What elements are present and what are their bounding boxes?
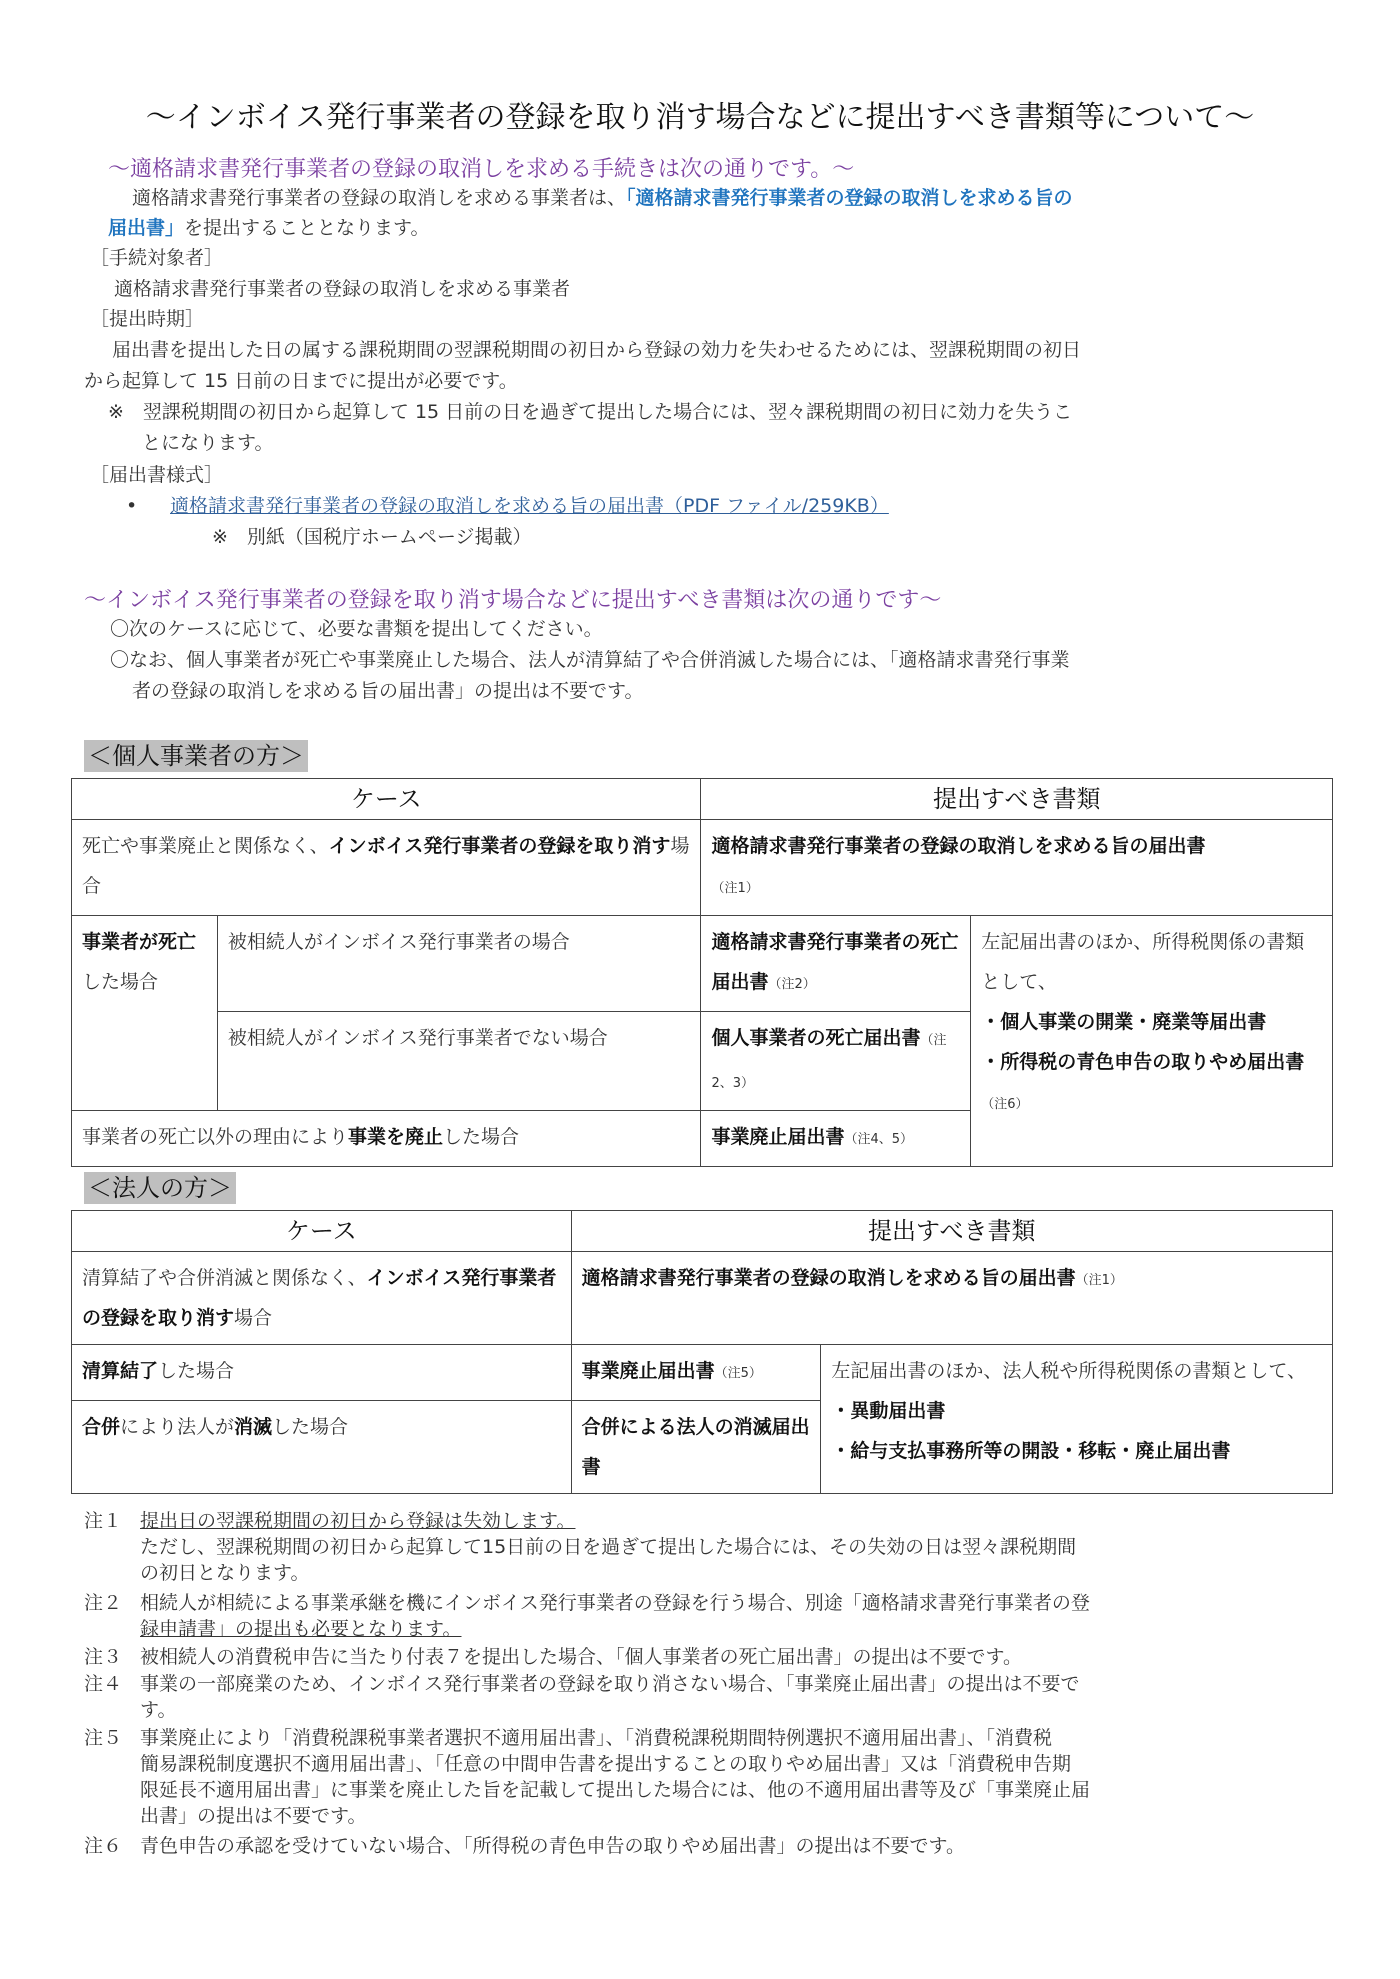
note-2: 注２相続人が相続による事業承継を機にインボイス発行事業者の登録を行う場合、別途「… xyxy=(84,1590,1334,1642)
doc-cell: 適格請求書発行事業者の死亡届出書（注2） xyxy=(701,916,971,1012)
case-cell: 被相続人がインボイス発行事業者の場合 xyxy=(217,916,701,1012)
table-row: 清算結了や合併消滅と関係なく、インボイス発行事業者の登録を取り消す場合 適格請求… xyxy=(72,1252,1333,1345)
intro-highlight: 「適格請求書発行事業者の登録の取消しを求める旨の xyxy=(626,187,1073,209)
section-heading-procedure: ～適格請求書発行事業者の登録の取消しを求める手続きは次の通りです。～ xyxy=(108,152,854,183)
intro-paragraph-cont: 届出書」を提出することとなります。 xyxy=(108,213,430,243)
section-heading-documents: ～インボイス発行事業者の登録を取り消す場合などに提出すべき書類は次の通りです～ xyxy=(84,583,941,614)
form-note: ※ 別紙（国税庁ホームページ掲載） xyxy=(212,522,532,552)
table-row: 事業者が死亡した場合 被相続人がインボイス発行事業者の場合 適格請求書発行事業者… xyxy=(72,916,1333,1012)
timing-text: 届出書を提出した日の属する課税期間の翌課税期間の初日から登録の効力を失わせるため… xyxy=(112,335,1081,365)
individual-table: ケース 提出すべき書類 死亡や事業廃止と関係なく、インボイス発行事業者の登録を取… xyxy=(71,778,1333,1167)
note-4: 注４事業の一部廃業のため、インボイス発行事業者の登録を取り消さない場合、「事業廃… xyxy=(84,1671,1334,1723)
form-label: ［届出書様式］ xyxy=(90,460,223,490)
case-cell: 被相続人がインボイス発行事業者でない場合 xyxy=(217,1012,701,1111)
document-page: ～インボイス発行事業者の登録を取り消す場合などに提出すべき書類等について～ ～適… xyxy=(0,0,1400,1979)
col-case: ケース xyxy=(72,1211,572,1252)
target-text: 適格請求書発行事業者の登録の取消しを求める事業者 xyxy=(114,274,570,304)
intro-highlight-cont: 届出書」 xyxy=(108,217,184,239)
case-cell: 事業者の死亡以外の理由により事業を廃止した場合 xyxy=(72,1111,701,1167)
note-3: 注３被相続人の消費税申告に当たり付表７を提出した場合、「個人事業者の死亡届出書」… xyxy=(84,1644,1334,1670)
form-download-link[interactable]: 適格請求書発行事業者の登録の取消しを求める旨の届出書（PDF ファイル/259K… xyxy=(170,491,889,521)
timing-note-cont: とになります。 xyxy=(142,428,273,458)
table-header-row: ケース 提出すべき書類 xyxy=(72,779,1333,820)
case-cell: 合併により法人が消滅した場合 xyxy=(72,1401,572,1494)
form-bullet: • xyxy=(126,491,137,521)
note-1: 注１提出日の翌課税期間の初日から登録は失効します。 ただし、翌課税期間の初日から… xyxy=(84,1508,1334,1586)
table-header-row: ケース 提出すべき書類 xyxy=(72,1211,1333,1252)
doc-cell: 合併による法人の消滅届出書 xyxy=(571,1401,821,1494)
case-cell: 清算結了した場合 xyxy=(72,1345,572,1401)
intro-paragraph: 適格請求書発行事業者の登録の取消しを求める事業者は、「適格請求書発行事業者の登録… xyxy=(132,183,1332,213)
timing-text-cont: から起算して 15 日前の日までに提出が必要です。 xyxy=(84,366,518,396)
badge-corporate: ＜法人の方＞ xyxy=(84,1172,236,1204)
intro-plain: 適格請求書発行事業者の登録の取消しを求める事業者は、 xyxy=(132,187,626,209)
page-title: ～インボイス発行事業者の登録を取り消す場合などに提出すべき書類等について～ xyxy=(0,92,1400,136)
corporate-table: ケース 提出すべき書類 清算結了や合併消滅と関係なく、インボイス発行事業者の登録… xyxy=(71,1210,1333,1494)
guidance-bullet-2-cont: 者の登録の取消しを求める旨の届出書」の提出は不要です。 xyxy=(132,676,643,706)
doc-cell: 適格請求書発行事業者の登録の取消しを求める旨の届出書（注1） xyxy=(701,820,1333,916)
note-5: 注５事業廃止により「消費税課税事業者選択不適用届出書」、「消費税課税期間特例選択… xyxy=(84,1725,1334,1829)
guidance-bullet-2: 〇なお、個人事業者が死亡や事業廃止した場合、法人が清算結了や合併消滅した場合には… xyxy=(110,645,1070,675)
doc-cell: 事業廃止届出書（注4、5） xyxy=(701,1111,971,1167)
note-6: 注６青色申告の承認を受けていない場合、「所得税の青色申告の取りやめ届出書」の提出… xyxy=(84,1833,1334,1859)
case-cell: 清算結了や合併消滅と関係なく、インボイス発行事業者の登録を取り消す場合 xyxy=(72,1252,572,1345)
col-docs: 提出すべき書類 xyxy=(571,1211,1332,1252)
side-docs-cell: 左記届出書のほか、法人税や所得税関係の書類として、・異動届出書・給与支払事務所等… xyxy=(821,1345,1333,1494)
guidance-bullet-1: 〇次のケースに応じて、必要な書類を提出してください。 xyxy=(110,614,603,644)
doc-cell: 個人事業者の死亡届出書（注2、3） xyxy=(701,1012,971,1111)
table-row: 清算結了した場合 事業廃止届出書（注5） 左記届出書のほか、法人税や所得税関係の… xyxy=(72,1345,1333,1401)
badge-individual: ＜個人事業者の方＞ xyxy=(84,740,308,772)
col-docs: 提出すべき書類 xyxy=(701,779,1333,820)
timing-label: ［提出時期］ xyxy=(90,304,204,334)
table-row: 死亡や事業廃止と関係なく、インボイス発行事業者の登録を取り消す場合 適格請求書発… xyxy=(72,820,1333,916)
group-cell-death: 事業者が死亡した場合 xyxy=(72,916,218,1111)
intro-tail: を提出することとなります。 xyxy=(184,217,429,239)
side-docs-cell: 左記届出書のほか、所得税関係の書類として、・個人事業の開業・廃業等届出書・所得税… xyxy=(971,916,1333,1167)
timing-note: ※ 翌課税期間の初日から起算して 15 日前の日を過ぎて提出した場合には、翌々課… xyxy=(108,397,1072,427)
target-label: ［手続対象者］ xyxy=(90,243,223,273)
case-cell: 死亡や事業廃止と関係なく、インボイス発行事業者の登録を取り消す場合 xyxy=(72,820,701,916)
col-case: ケース xyxy=(72,779,701,820)
doc-cell: 事業廃止届出書（注5） xyxy=(571,1345,821,1401)
doc-cell: 適格請求書発行事業者の登録の取消しを求める旨の届出書（注1） xyxy=(571,1252,1332,1345)
